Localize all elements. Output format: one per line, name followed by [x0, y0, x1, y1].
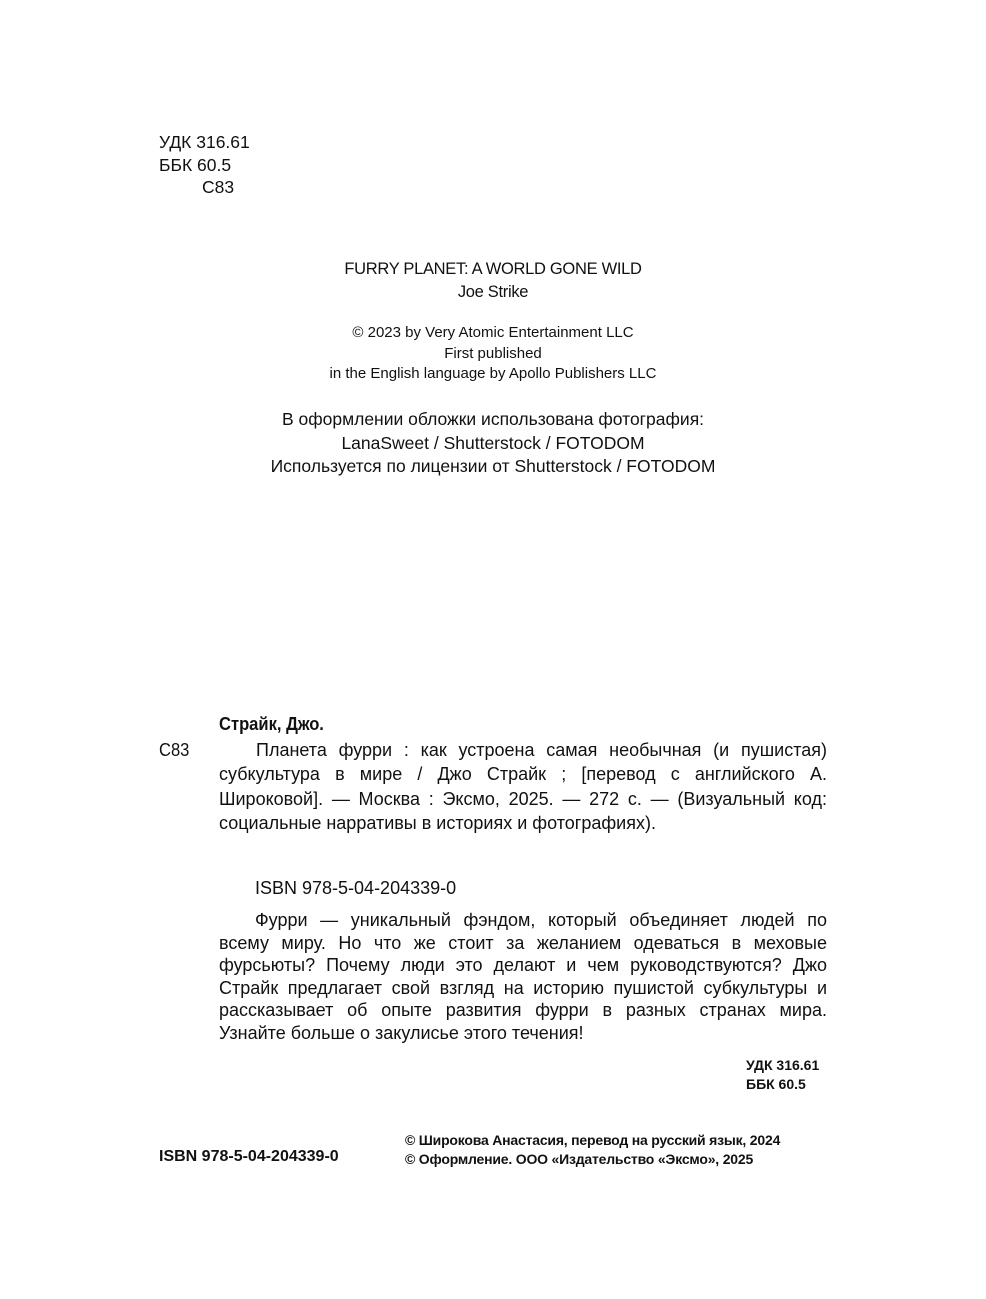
- footer-isbn: ISBN 978-5-04-204339-0: [159, 1146, 339, 1167]
- original-edition-title-block: FURRY PLANET: A WORLD GONE WILD Joe Stri…: [0, 258, 986, 304]
- annotation-text: Фурри — уникальный фэндом, который объед…: [219, 909, 827, 1045]
- translation-copyright: © Широкова Анастасия, перевод на русский…: [405, 1131, 780, 1150]
- cover-credit-line-3: Используется по лицензии от Shutterstock…: [0, 455, 986, 479]
- catalog-description: Планета фурри : как устроена самая необы…: [219, 738, 827, 835]
- original-copyright: © 2023 by Very Atomic Entertainment LLC: [0, 323, 986, 344]
- bibliographic-description: Планета фурри : как устроена самая необы…: [219, 738, 827, 835]
- original-title: FURRY PLANET: A WORLD GONE WILD: [0, 258, 986, 281]
- catalog-author-mark: С83: [159, 738, 189, 762]
- cover-credit-line-2: LanaSweet / Shutterstock / FOTODOM: [0, 432, 986, 456]
- bottom-classification-codes: УДК 316.61 ББК 60.5: [746, 1056, 819, 1094]
- original-author: Joe Strike: [0, 281, 986, 304]
- design-copyright: © Оформление. ООО «Издательство «Эксмо»,…: [405, 1150, 780, 1169]
- author-mark: С83: [159, 176, 250, 199]
- original-publisher: in the English language by Apollo Publis…: [0, 364, 986, 385]
- top-classification-codes: УДК 316.61 ББК 60.5 С83: [159, 131, 250, 199]
- bottom-bbk-code: ББК 60.5: [746, 1075, 819, 1094]
- udk-code: УДК 316.61: [159, 131, 250, 154]
- original-copyright-block: © 2023 by Very Atomic Entertainment LLC …: [0, 323, 986, 385]
- cover-credit-line-1: В оформлении обложки использована фотогр…: [0, 408, 986, 432]
- catalog-author-heading: Страйк, Джо.: [219, 712, 324, 736]
- russian-copyrights: © Широкова Анастасия, перевод на русский…: [405, 1131, 780, 1169]
- cover-credits: В оформлении обложки использована фотогр…: [0, 408, 986, 479]
- bottom-udk-code: УДК 316.61: [746, 1056, 819, 1075]
- bbk-code: ББК 60.5: [159, 154, 250, 177]
- first-published: First published: [0, 344, 986, 365]
- catalog-isbn: ISBN 978-5-04-204339-0: [255, 876, 456, 900]
- annotation-block: Фурри — уникальный фэндом, который объед…: [219, 909, 827, 1045]
